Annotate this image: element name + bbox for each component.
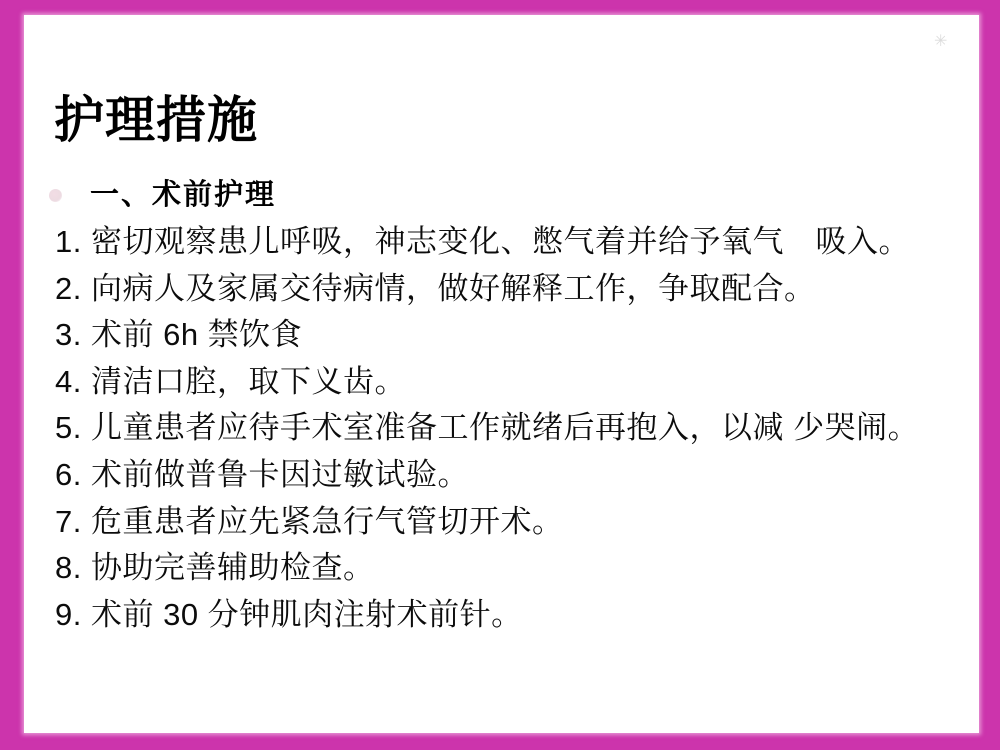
list-item: 8. 协助完善辅助检查。 [55,545,960,592]
page-title: 护理措施 [54,93,258,148]
asterisk-watermark-icon: ✳ [934,31,947,51]
list-item: 3. 术前 6h 禁饮食 [55,312,960,359]
list-item: 6. 术前做普鲁卡因过敏试验。 [55,452,960,499]
list-item: 7. 危重患者应先紧急行气管切开术。 [55,499,960,546]
list-item: 1. 密切观察患儿呼吸，神志变化、憋气着并给予氧气 吸入。 [55,219,960,266]
slide-frame: { "slide": { "title": "护理措施", "section_h… [0,0,1000,750]
list-item: 4. 清洁口腔，取下义齿。 [55,359,960,406]
list-item: 5. 儿童患者应待手术室准备工作就绪后再抱入，以减 少哭闹。 [55,405,960,452]
list-item: 9. 术前 30 分钟肌肉注射术前针。 [55,592,960,639]
section-heading-row: 一、术前护理 [49,178,276,212]
slide: 护理措施 ✳ 一、术前护理 1. 密切观察患儿呼吸，神志变化、憋气着并给予氧气 … [24,15,979,733]
section-heading: 一、术前护理 [90,178,276,212]
bullet-icon [49,189,62,202]
preop-care-list: 1. 密切观察患儿呼吸，神志变化、憋气着并给予氧气 吸入。 2. 向病人及家属交… [55,219,960,638]
list-item: 2. 向病人及家属交待病情，做好解释工作，争取配合。 [55,266,960,313]
